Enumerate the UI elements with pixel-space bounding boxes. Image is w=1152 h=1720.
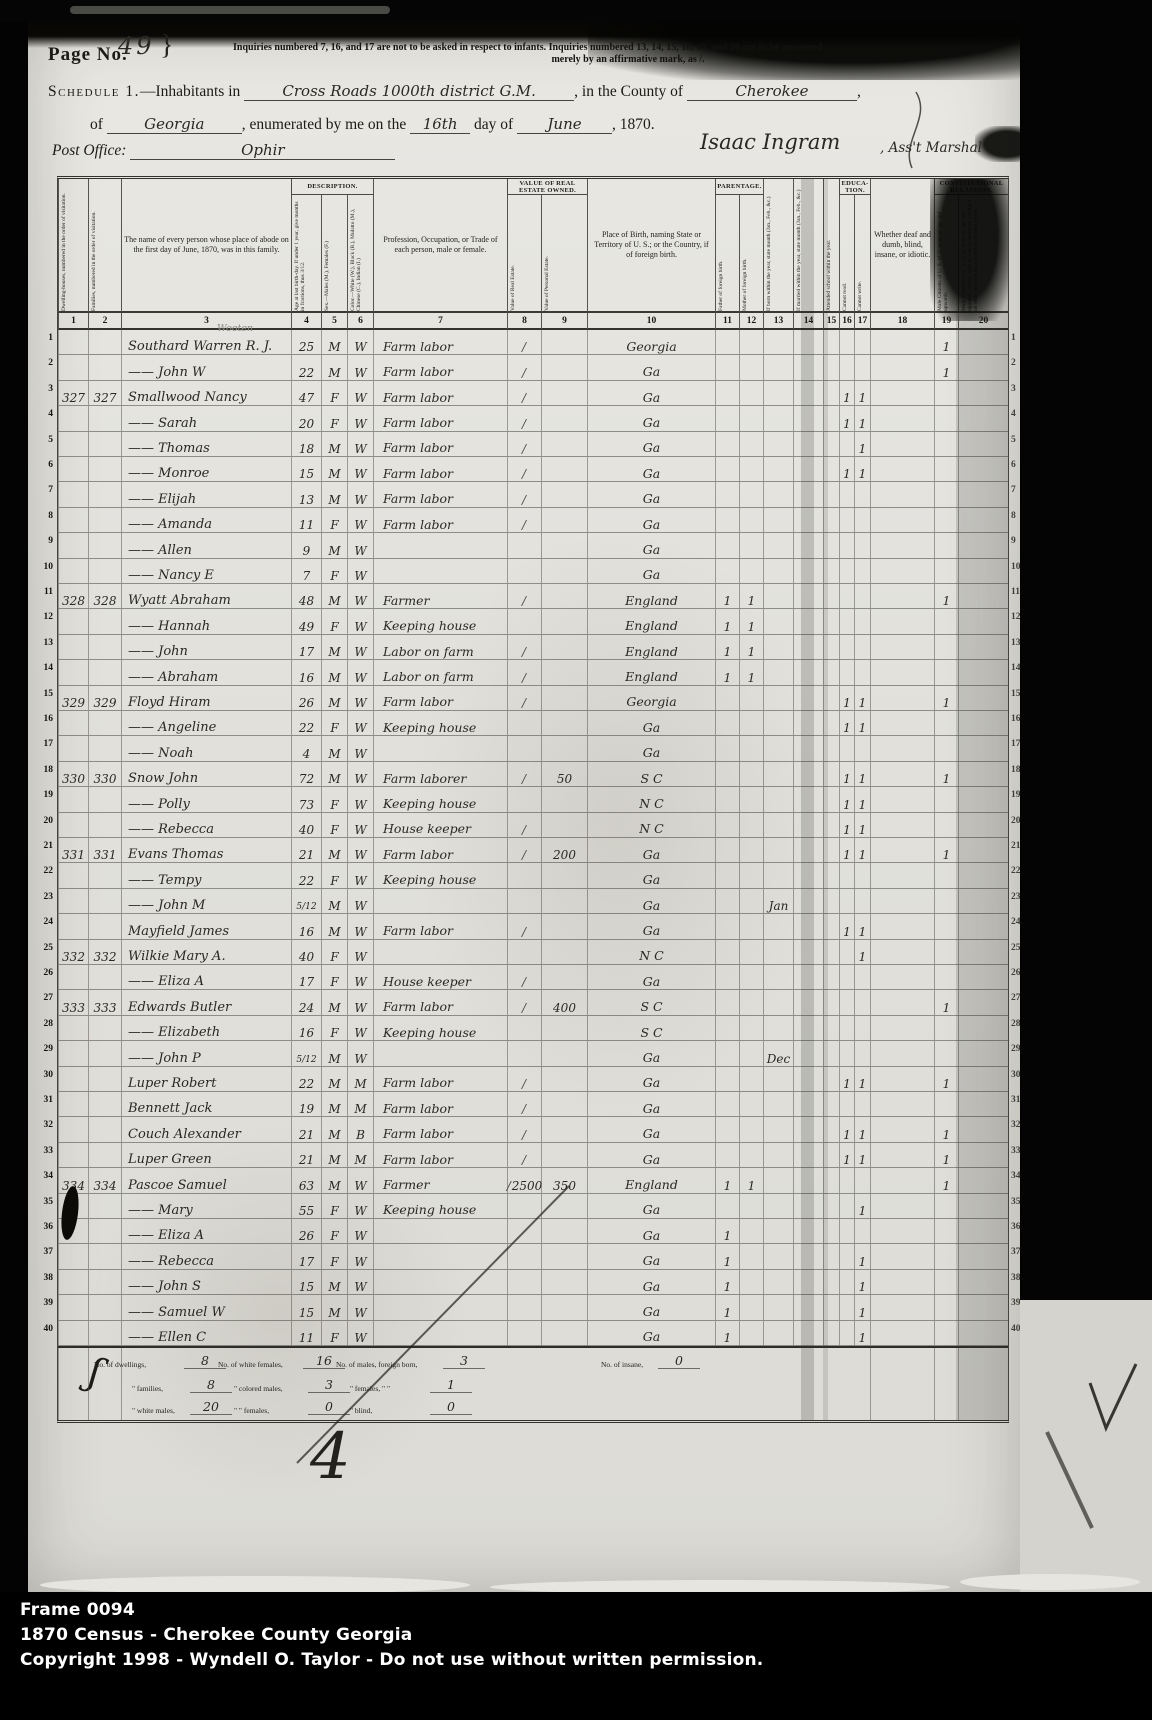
cell-color: W bbox=[347, 508, 373, 532]
cell-age: 18 bbox=[291, 432, 321, 456]
cell-c17: 1 bbox=[854, 1321, 870, 1345]
cell-name: Bennett Jack bbox=[121, 1092, 291, 1116]
cell-color: W bbox=[347, 1016, 373, 1040]
cell-text: Ga bbox=[643, 366, 660, 379]
cell-c12 bbox=[739, 940, 763, 964]
cell-c13 bbox=[763, 838, 793, 862]
cell-text: 1 bbox=[724, 1180, 732, 1192]
cell-occ bbox=[373, 889, 507, 913]
cell-text: —— Sarah bbox=[128, 417, 197, 430]
state-field: Georgia bbox=[107, 115, 242, 134]
summary-insane-value: 0 bbox=[658, 1353, 700, 1369]
cell-c14 bbox=[793, 1194, 823, 1218]
cell-c12 bbox=[739, 965, 763, 989]
cell-c11 bbox=[715, 736, 739, 760]
cell-occ: Keeping house bbox=[373, 863, 507, 887]
column-header-9: Value of Personal Estate. bbox=[541, 195, 587, 313]
handwritten-four-annotation: 4 bbox=[310, 1420, 351, 1494]
cell-pe bbox=[541, 711, 587, 735]
cell-occ bbox=[373, 1295, 507, 1319]
cell-c18 bbox=[870, 432, 934, 456]
column-title: Attended school within the year. bbox=[826, 181, 839, 311]
cell-fam bbox=[88, 1041, 121, 1065]
cell-text: W bbox=[354, 392, 366, 404]
cell-c19 bbox=[934, 711, 958, 735]
table-row: 1616—— Angeline22FWKeeping houseGa11 bbox=[58, 711, 1008, 736]
cell-dw: 332 bbox=[58, 940, 88, 964]
cell-text: F bbox=[330, 1256, 338, 1268]
cell-text: 1 bbox=[724, 646, 732, 658]
cell-c17 bbox=[854, 559, 870, 583]
cell-text: 1 bbox=[859, 1078, 867, 1090]
cell-occ: Farm labor bbox=[373, 406, 507, 430]
cell-text: Farm labor bbox=[383, 1001, 453, 1014]
cell-color: W bbox=[347, 482, 373, 506]
cell-color: W bbox=[347, 381, 373, 405]
cell-color: W bbox=[347, 330, 373, 354]
table-row: 1414—— Abraham16MWLabor on farm/England1… bbox=[58, 660, 1008, 685]
cell-sex: M bbox=[321, 1067, 347, 1091]
cell-c19 bbox=[934, 457, 958, 481]
cell-color: W bbox=[347, 1041, 373, 1065]
cell-re: / bbox=[507, 482, 541, 506]
cell-text: W bbox=[354, 773, 366, 785]
cell-c18 bbox=[870, 990, 934, 1014]
cell-c17: 1 bbox=[854, 1295, 870, 1319]
cell-c12 bbox=[739, 1295, 763, 1319]
cell-text: 1 bbox=[748, 646, 756, 658]
cell-c16 bbox=[839, 1295, 854, 1319]
cell-c16 bbox=[839, 660, 854, 684]
cell-text: F bbox=[330, 951, 338, 963]
table-row: 3030Luper Robert22MMFarm labor/Ga111 bbox=[58, 1067, 1008, 1092]
census-table: DESCRIPTION.VALUE OF REAL ESTATE OWNED.P… bbox=[57, 176, 1009, 1423]
cell-re bbox=[507, 1270, 541, 1294]
cell-c11: 1 bbox=[715, 660, 739, 684]
cell-c20 bbox=[958, 1168, 1008, 1192]
cell-text: 19 bbox=[299, 1103, 314, 1115]
cell-re: / bbox=[507, 813, 541, 837]
cell-text: W bbox=[354, 1281, 366, 1293]
cell-sex: M bbox=[321, 1117, 347, 1141]
cell-c20 bbox=[958, 609, 1008, 633]
cell-c15 bbox=[823, 1321, 839, 1345]
cell-text: Couch Alexander bbox=[128, 1128, 241, 1141]
cell-text: 1 bbox=[859, 392, 867, 404]
cell-c18 bbox=[870, 736, 934, 760]
cell-text: 1 bbox=[943, 341, 951, 353]
cell-color: B bbox=[347, 1117, 373, 1141]
cell-text: W bbox=[354, 1205, 366, 1217]
cell-c14 bbox=[793, 990, 823, 1014]
cell-pe bbox=[541, 482, 587, 506]
cell-fam bbox=[88, 711, 121, 735]
cell-c12 bbox=[739, 1067, 763, 1091]
cell-c15 bbox=[823, 1295, 839, 1319]
cell-born: N C bbox=[587, 787, 715, 811]
table-row: 3131Bennett Jack19MMFarm labor/Ga bbox=[58, 1092, 1008, 1117]
cell-sex: M bbox=[321, 686, 347, 710]
cell-c20 bbox=[958, 1295, 1008, 1319]
cell-sex: F bbox=[321, 508, 347, 532]
cell-pe bbox=[541, 1219, 587, 1243]
cell-color: W bbox=[347, 432, 373, 456]
cell-c19 bbox=[934, 940, 958, 964]
cell-dw: 327 bbox=[58, 381, 88, 405]
summary-column-line bbox=[121, 1348, 122, 1420]
cell-color: W bbox=[347, 863, 373, 887]
cell-text: 1 bbox=[724, 1307, 732, 1319]
cell-dw bbox=[58, 1194, 88, 1218]
cell-fam bbox=[88, 1270, 121, 1294]
table-row: 22—— John W22MWFarm labor/Ga1 bbox=[58, 355, 1008, 380]
cell-sex: F bbox=[321, 1321, 347, 1345]
cell-text: Farm labor bbox=[383, 696, 453, 709]
table-row: 3636—— Eliza A26FWGa1 bbox=[58, 1219, 1008, 1244]
cell-fam bbox=[88, 736, 121, 760]
cell-born: Ga bbox=[587, 736, 715, 760]
cell-age: 13 bbox=[291, 482, 321, 506]
cell-text: Ga bbox=[643, 849, 660, 862]
cell-c13 bbox=[763, 660, 793, 684]
summary-label: No. of dwellings, bbox=[94, 1360, 146, 1369]
page-number: 49 bbox=[118, 32, 155, 60]
cell-c20 bbox=[958, 736, 1008, 760]
cell-c18 bbox=[870, 559, 934, 583]
cell-age: 40 bbox=[291, 813, 321, 837]
cell-c15 bbox=[823, 660, 839, 684]
cell-c16: 1 bbox=[839, 711, 854, 735]
cell-text: 47 bbox=[299, 392, 314, 404]
cell-c14 bbox=[793, 1067, 823, 1091]
cell-occ bbox=[373, 559, 507, 583]
cell-born: Ga bbox=[587, 1143, 715, 1167]
cell-c13: Jan bbox=[763, 889, 793, 913]
column-number-1: 1 bbox=[58, 313, 88, 330]
day-field: 16th bbox=[410, 115, 470, 134]
cell-pe bbox=[541, 635, 587, 659]
cell-c17 bbox=[854, 889, 870, 913]
row-number-left: 29 bbox=[37, 1044, 53, 1054]
cell-c11 bbox=[715, 940, 739, 964]
cell-fam bbox=[88, 482, 121, 506]
cell-pe bbox=[541, 1067, 587, 1091]
cell-c18 bbox=[870, 660, 934, 684]
cell-c16: 1 bbox=[839, 813, 854, 837]
cell-text: Farm laborer bbox=[383, 773, 466, 786]
cell-fam bbox=[88, 559, 121, 583]
cell-text: Ga bbox=[643, 722, 660, 735]
cell-text: 1 bbox=[843, 468, 851, 480]
cell-dw bbox=[58, 813, 88, 837]
summary-column-line bbox=[58, 1348, 59, 1420]
cell-text: W bbox=[354, 418, 366, 430]
cell-fam bbox=[88, 1117, 121, 1141]
table-row: 11Southard Warren R. J.Wooten25MWFarm la… bbox=[58, 330, 1008, 355]
cell-text: Edwards Butler bbox=[128, 1001, 231, 1014]
cell-text: M bbox=[328, 494, 340, 506]
cell-text: 16 bbox=[299, 672, 314, 684]
cell-born: Ga bbox=[587, 432, 715, 456]
cell-text: Farm labor bbox=[383, 392, 453, 405]
cell-c18 bbox=[870, 889, 934, 913]
cell-color: W bbox=[347, 686, 373, 710]
cell-text: W bbox=[354, 595, 366, 607]
cell-text: Smallwood Nancy bbox=[128, 391, 247, 404]
cell-text: Wilkie Mary A. bbox=[128, 950, 226, 963]
cell-text: 1 bbox=[748, 672, 756, 684]
cell-text: Ga bbox=[643, 925, 660, 938]
column-title: If born within the year, state month (Ja… bbox=[766, 181, 793, 311]
cell-c14 bbox=[793, 838, 823, 862]
cell-c13 bbox=[763, 813, 793, 837]
cell-dw bbox=[58, 508, 88, 532]
row-number-left: 24 bbox=[37, 917, 53, 927]
cell-text: 15 bbox=[299, 468, 314, 480]
cell-name: Edwards Butler bbox=[121, 990, 291, 1014]
cell-c19 bbox=[934, 406, 958, 430]
cell-c15 bbox=[823, 1168, 839, 1192]
cell-occ: Labor on farm bbox=[373, 660, 507, 684]
cell-dw bbox=[58, 1016, 88, 1040]
cell-text: 49 bbox=[299, 621, 314, 633]
cell-text: S C bbox=[640, 1001, 662, 1014]
cell-c20 bbox=[958, 1194, 1008, 1218]
cell-c14 bbox=[793, 432, 823, 456]
cell-c15 bbox=[823, 584, 839, 608]
cell-c18 bbox=[870, 965, 934, 989]
cell-occ: Keeping house bbox=[373, 1016, 507, 1040]
cell-dw: 329 bbox=[58, 686, 88, 710]
cell-occ: Farm labor bbox=[373, 355, 507, 379]
cell-born: Ga bbox=[587, 1092, 715, 1116]
cell-c12 bbox=[739, 787, 763, 811]
summary-zone: ʃNo. of dwellings,8No. of white females,… bbox=[58, 1346, 1008, 1420]
cell-c18 bbox=[870, 1244, 934, 1268]
cell-name: Mayfield James bbox=[121, 914, 291, 938]
group-header-education: EDUCA- TION. bbox=[839, 179, 870, 195]
table-row: 88—— Amanda11FWFarm labor/Ga bbox=[58, 508, 1008, 533]
cell-re bbox=[507, 1295, 541, 1319]
cell-sex: M bbox=[321, 584, 347, 608]
cell-text: England bbox=[625, 671, 678, 684]
cell-dw bbox=[58, 1295, 88, 1319]
cell-re bbox=[507, 787, 541, 811]
cell-c19 bbox=[934, 1016, 958, 1040]
cell-re bbox=[507, 559, 541, 583]
cell-occ: Keeping house bbox=[373, 609, 507, 633]
row-number-left: 36 bbox=[37, 1222, 53, 1232]
cell-c17: 1 bbox=[854, 1194, 870, 1218]
cell-text: 1 bbox=[859, 468, 867, 480]
cell-text: 1 bbox=[843, 849, 851, 861]
cell-c13 bbox=[763, 432, 793, 456]
cell-sex: F bbox=[321, 1016, 347, 1040]
column-title: Value of Real Estate. bbox=[510, 197, 541, 311]
cell-c19 bbox=[934, 1295, 958, 1319]
row-number-left: 35 bbox=[37, 1197, 53, 1207]
cell-c12 bbox=[739, 1117, 763, 1141]
row-number-left: 11 bbox=[37, 587, 53, 597]
cell-c20 bbox=[958, 863, 1008, 887]
cell-text: Luper Robert bbox=[128, 1077, 216, 1090]
cell-text: 1 bbox=[724, 1230, 732, 1242]
cell-name: —— John W bbox=[121, 355, 291, 379]
cell-c13 bbox=[763, 990, 793, 1014]
cell-age: 16 bbox=[291, 660, 321, 684]
cell-sex: F bbox=[321, 1244, 347, 1268]
cell-c19 bbox=[934, 1041, 958, 1065]
cell-c11: 1 bbox=[715, 584, 739, 608]
cell-name: Southard Warren R. J.Wooten bbox=[121, 330, 291, 354]
cell-text: 1 bbox=[748, 1180, 756, 1192]
cell-born: Ga bbox=[587, 1194, 715, 1218]
cell-text: 15 bbox=[299, 1307, 314, 1319]
cell-c17 bbox=[854, 635, 870, 659]
cell-text: —— John bbox=[128, 645, 188, 658]
cell-c12 bbox=[739, 355, 763, 379]
cell-c16 bbox=[839, 1092, 854, 1116]
cell-c13 bbox=[763, 559, 793, 583]
cell-fam bbox=[88, 508, 121, 532]
cell-c19: 1 bbox=[934, 355, 958, 379]
cell-dw bbox=[58, 559, 88, 583]
cell-text: 1 bbox=[724, 621, 732, 633]
cell-c18 bbox=[870, 1219, 934, 1243]
cell-c20 bbox=[958, 584, 1008, 608]
cell-color: M bbox=[347, 1067, 373, 1091]
cell-c15 bbox=[823, 635, 839, 659]
cell-c20 bbox=[958, 1143, 1008, 1167]
cell-pe bbox=[541, 736, 587, 760]
cell-text: Ga bbox=[643, 493, 660, 506]
column-title: Cannot read. bbox=[842, 197, 854, 311]
cell-name: —— Allen bbox=[121, 533, 291, 557]
cell-re bbox=[507, 889, 541, 913]
cell-c13 bbox=[763, 1168, 793, 1192]
cell-text: M bbox=[328, 1053, 340, 1065]
cell-color: W bbox=[347, 457, 373, 481]
cell-dw bbox=[58, 1270, 88, 1294]
cell-text: M bbox=[328, 468, 340, 480]
cell-text: 48 bbox=[299, 595, 314, 607]
cell-text: W bbox=[354, 545, 366, 557]
cell-c11 bbox=[715, 813, 739, 837]
cell-c13 bbox=[763, 940, 793, 964]
table-row: 2323—— John M5/12MWGaJan bbox=[58, 889, 1008, 914]
table-row: 2626—— Eliza A17FWHouse keeper/Ga bbox=[58, 965, 1008, 990]
cell-c12 bbox=[739, 381, 763, 405]
cell-born: Georgia bbox=[587, 686, 715, 710]
cell-name: Luper Robert bbox=[121, 1067, 291, 1091]
cell-c11 bbox=[715, 1092, 739, 1116]
cell-c16: 1 bbox=[839, 457, 854, 481]
row-number-left: 39 bbox=[37, 1298, 53, 1308]
cell-c15 bbox=[823, 965, 839, 989]
cell-c20 bbox=[958, 1117, 1008, 1141]
row-number-left: 27 bbox=[37, 993, 53, 1003]
cell-pe: 400 bbox=[541, 990, 587, 1014]
cell-c16 bbox=[839, 482, 854, 506]
cell-name: —— Abraham bbox=[121, 660, 291, 684]
cell-sex: M bbox=[321, 660, 347, 684]
post-office-label: Post Office: bbox=[52, 142, 126, 159]
cell-sex: M bbox=[321, 330, 347, 354]
table-row: 3232Couch Alexander21MBFarm labor/Ga111 bbox=[58, 1117, 1008, 1142]
cell-c15 bbox=[823, 762, 839, 786]
cell-re: / bbox=[507, 330, 541, 354]
cell-text: England bbox=[625, 1179, 678, 1192]
real-estate-checkmark: / bbox=[522, 849, 526, 861]
cell-text: Farmer bbox=[383, 1179, 429, 1192]
real-estate-checkmark: / bbox=[522, 1002, 526, 1014]
cell-c18 bbox=[870, 863, 934, 887]
cell-c14 bbox=[793, 1041, 823, 1065]
cell-text: Ga bbox=[643, 1281, 660, 1294]
cell-c14 bbox=[793, 381, 823, 405]
cell-text: Farm labor bbox=[383, 341, 453, 354]
cell-text: 1 bbox=[724, 1256, 732, 1268]
row-number-left: 2 bbox=[37, 358, 53, 368]
cell-re: / bbox=[507, 914, 541, 938]
cell-c18 bbox=[870, 940, 934, 964]
cell-text: F bbox=[330, 1205, 338, 1217]
cell-c17 bbox=[854, 609, 870, 633]
cell-c12 bbox=[739, 406, 763, 430]
cell-dw: 328 bbox=[58, 584, 88, 608]
cell-age: 11 bbox=[291, 1321, 321, 1345]
cell-c12 bbox=[739, 330, 763, 354]
cell-pe bbox=[541, 457, 587, 481]
cell-text: 333 bbox=[62, 1002, 85, 1014]
cell-fam bbox=[88, 533, 121, 557]
cell-text: 1 bbox=[843, 392, 851, 404]
row-number-left: 9 bbox=[37, 536, 53, 546]
cell-c15 bbox=[823, 940, 839, 964]
cell-text: 11 bbox=[299, 519, 314, 531]
cell-c16: 1 bbox=[839, 406, 854, 430]
cell-dw bbox=[58, 457, 88, 481]
table-row: 1313—— John17MWLabor on farm/England11 bbox=[58, 635, 1008, 660]
cell-pe bbox=[541, 355, 587, 379]
cell-c11 bbox=[715, 1041, 739, 1065]
cell-sex: M bbox=[321, 355, 347, 379]
caption-frame: Frame 0094 bbox=[20, 1598, 763, 1623]
column-title: Dwelling-houses, numbered in the order o… bbox=[61, 181, 88, 311]
cell-fam bbox=[88, 1143, 121, 1167]
cell-c13 bbox=[763, 736, 793, 760]
row-number-left: 31 bbox=[37, 1095, 53, 1105]
cell-c20 bbox=[958, 990, 1008, 1014]
table-row: 33327327Smallwood Nancy47FWFarm labor/Ga… bbox=[58, 381, 1008, 406]
cell-age: 21 bbox=[291, 1143, 321, 1167]
cell-c15 bbox=[823, 330, 839, 354]
cell-occ: Farm labor bbox=[373, 686, 507, 710]
cell-c14 bbox=[793, 914, 823, 938]
cell-age: 47 bbox=[291, 381, 321, 405]
cell-pe bbox=[541, 1194, 587, 1218]
cell-text: —— Mary bbox=[128, 1204, 193, 1217]
cell-sex: M bbox=[321, 635, 347, 659]
cell-pe bbox=[541, 965, 587, 989]
cell-c20 bbox=[958, 762, 1008, 786]
cell-name: —— Thomas bbox=[121, 432, 291, 456]
cell-c20 bbox=[958, 965, 1008, 989]
cell-c15 bbox=[823, 787, 839, 811]
cell-fam bbox=[88, 406, 121, 430]
cell-c16 bbox=[839, 533, 854, 557]
cell-dw: 333 bbox=[58, 990, 88, 1014]
